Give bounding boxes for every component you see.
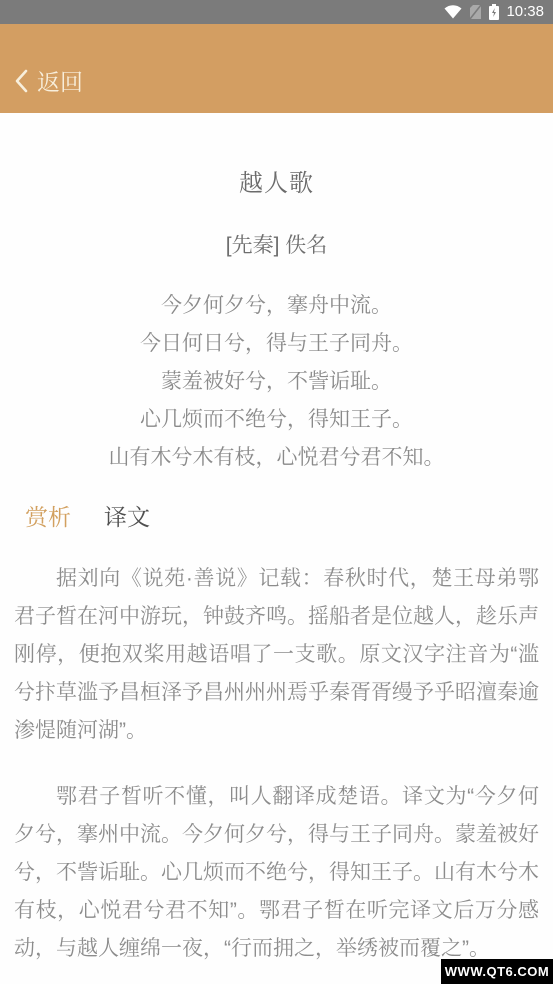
poem-body: 今夕何夕兮，搴舟中流。 今日何日兮，得与王子同舟。 蒙羞被好兮，不訾诟耻。 心几… <box>0 287 553 477</box>
back-button[interactable]: 返回 <box>14 64 83 97</box>
battery-charging-icon <box>489 4 499 20</box>
poem-author: [先秦] 佚名 <box>0 229 553 259</box>
back-label: 返回 <box>37 64 83 97</box>
watermark-badge: WWW.QT6.COM <box>441 959 553 984</box>
app-screen: 10:38 返回 越人歌 [先秦] 佚名 今夕何夕兮，搴舟中流。 今日何日兮，得… <box>0 0 553 984</box>
tab-translation[interactable]: 译文 <box>104 499 150 532</box>
app-header: 返回 <box>0 24 553 113</box>
status-bar: 10:38 <box>0 0 553 24</box>
tab-appreciation[interactable]: 赏析 <box>25 499 71 532</box>
wifi-icon <box>444 5 462 19</box>
poem-line: 山有木兮木有枝，心悦君兮君不知。 <box>0 439 553 477</box>
analysis-paragraph-2: 鄂君子晳听不懂，叫人翻译成楚语。译文为“今夕何夕兮，搴州中流。今夕何夕兮，得与王… <box>0 778 553 968</box>
poem-line: 心几烦而不绝兮，得知王子。 <box>0 401 553 439</box>
poem-line: 今日何日兮，得与王子同舟。 <box>0 325 553 363</box>
status-time: 10:38 <box>506 0 544 24</box>
tab-row: 赏析 译文 <box>0 499 553 532</box>
back-chevron-icon <box>14 69 28 93</box>
no-sim-icon <box>469 4 482 20</box>
poem-line: 蒙羞被好兮，不訾诟耻。 <box>0 363 553 401</box>
analysis-paragraph-1: 据刘向《说苑·善说》记载：春秋时代，楚王母弟鄂君子晳在河中游玩，钟鼓齐鸣。摇船者… <box>0 560 553 750</box>
poem-title: 越人歌 <box>0 163 553 198</box>
poem-line: 今夕何夕兮，搴舟中流。 <box>0 287 553 325</box>
